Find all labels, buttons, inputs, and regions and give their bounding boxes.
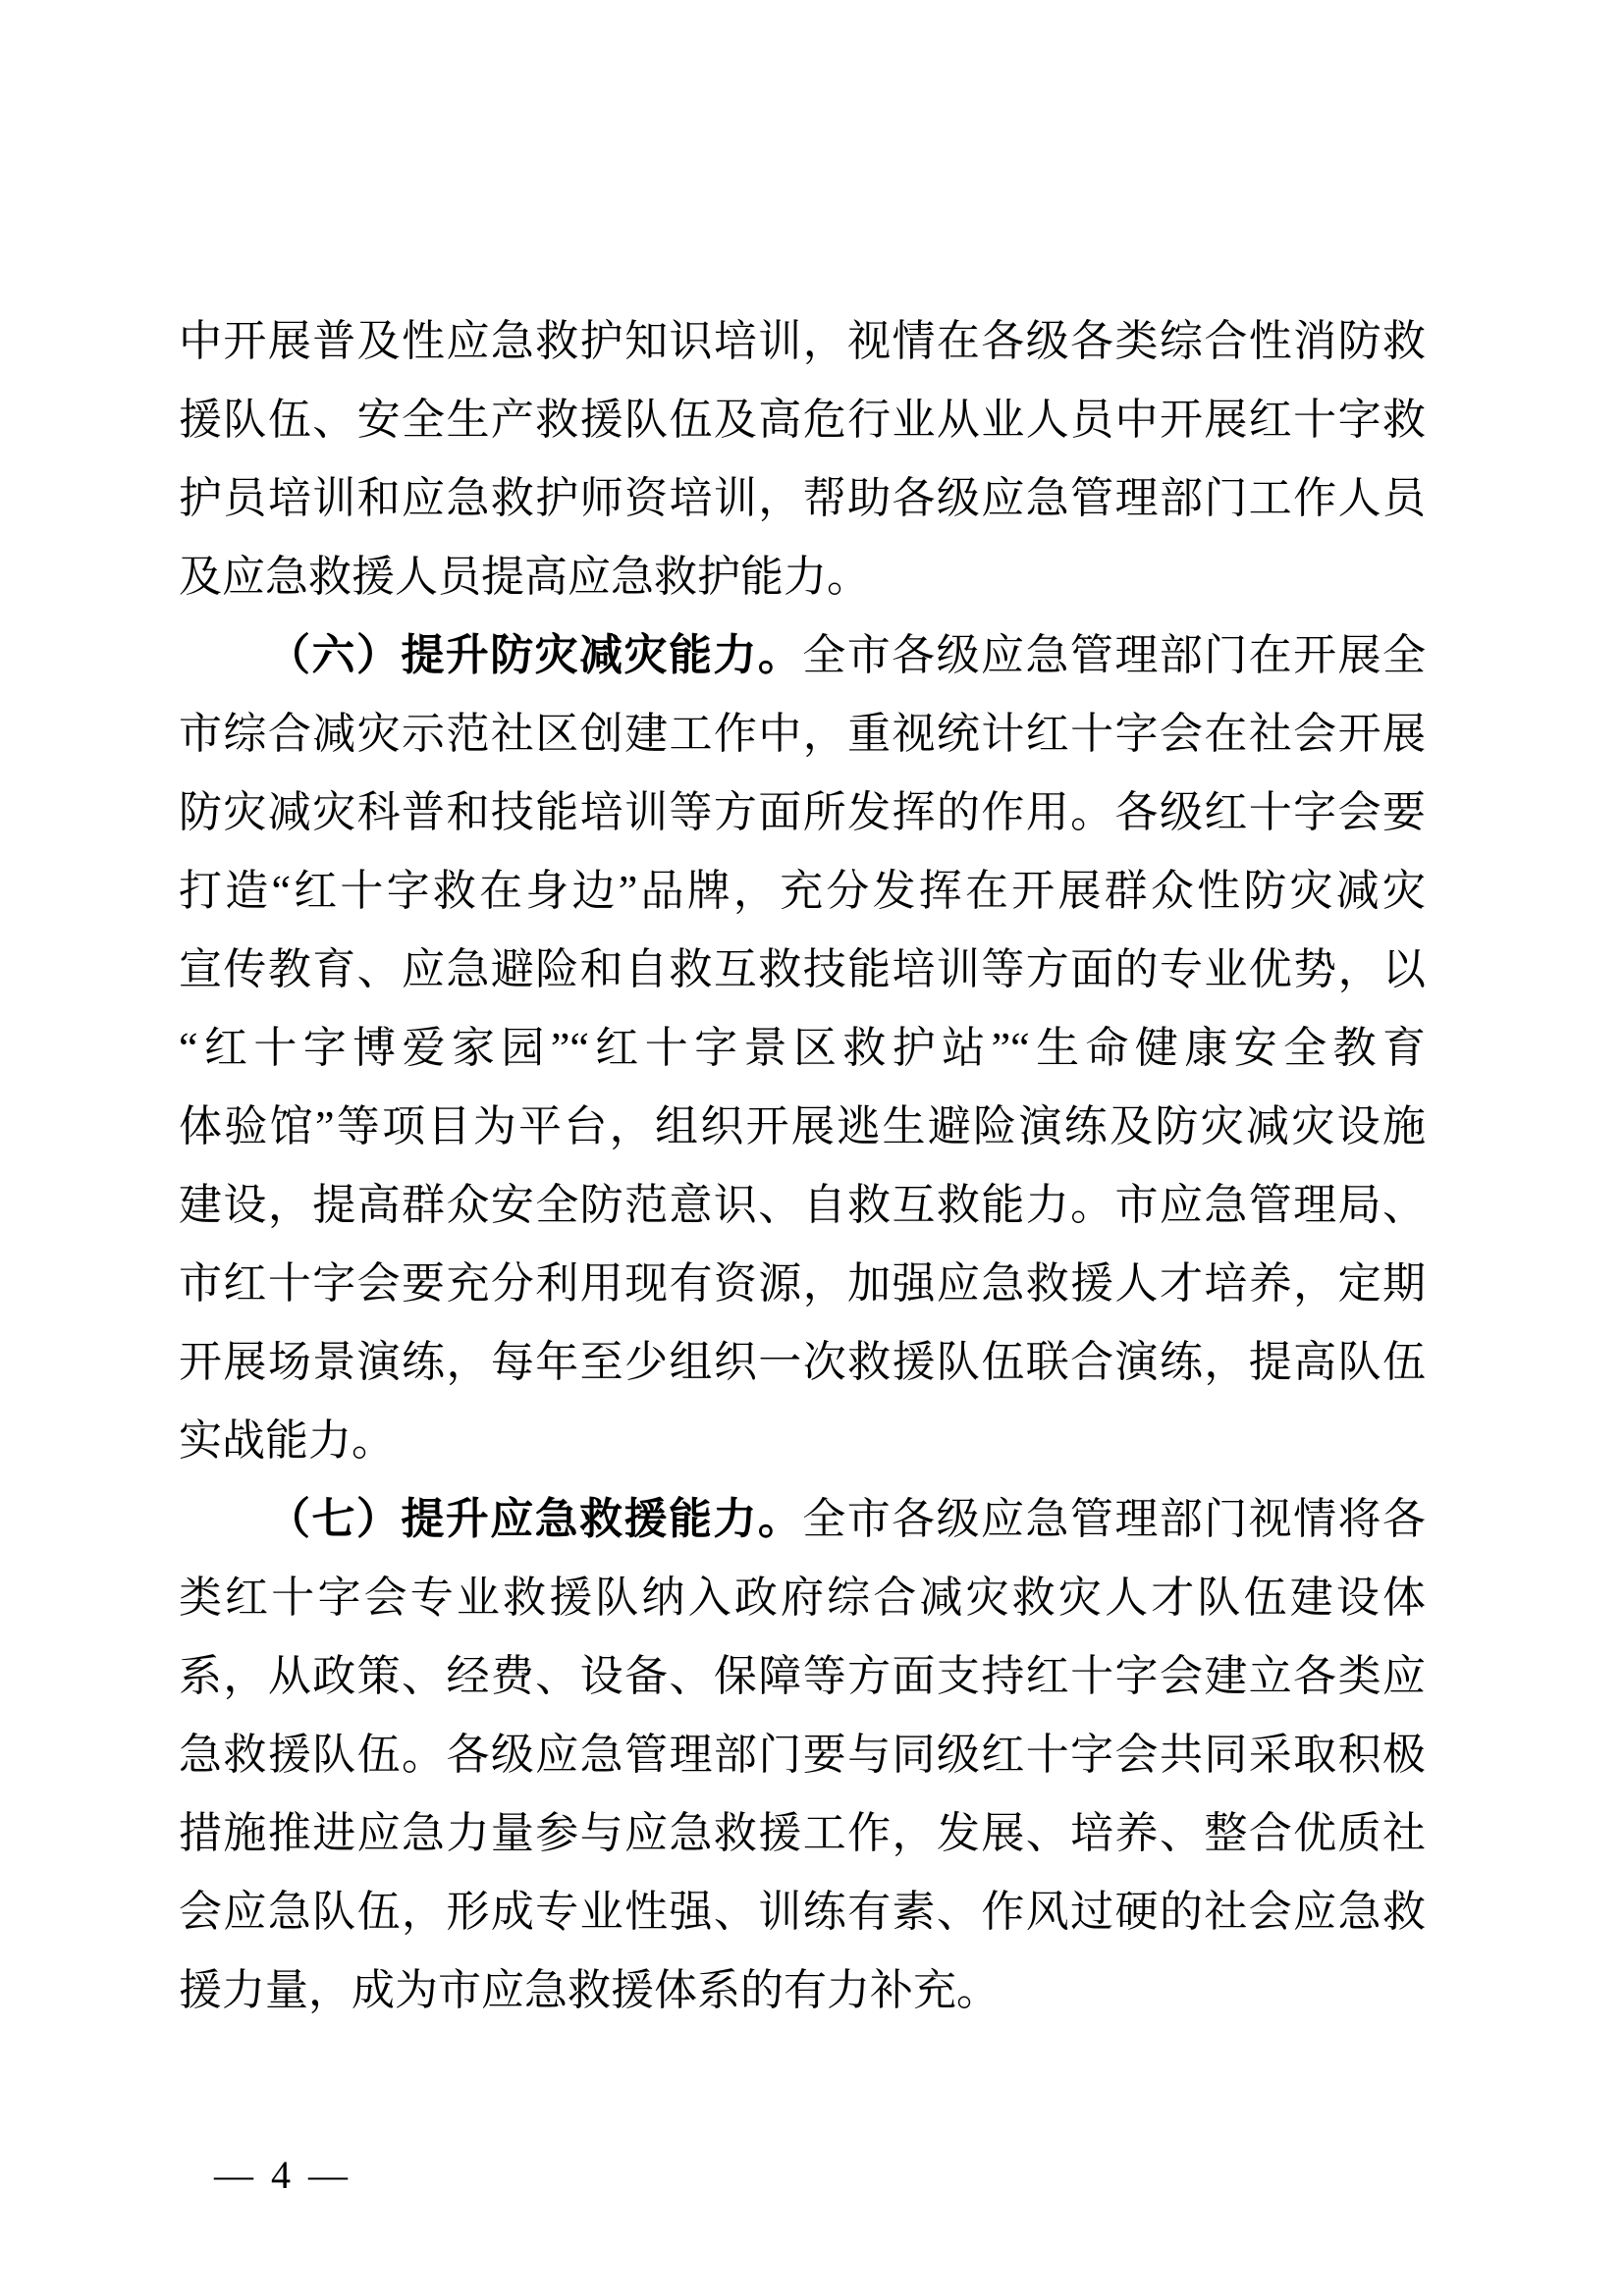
text-line: 类红十字会专业救援队纳入政府综合减灾救灾人才队伍建设体 xyxy=(179,1559,1426,1637)
text-line: 中开展普及性应急救护知识培训，视情在各级各类综合性消防救 xyxy=(179,302,1426,381)
text-line: 护员培训和应急救护师资培训，帮助各级应急管理部门工作人员 xyxy=(179,459,1426,538)
text-line: 建设，提高群众安全防范意识、自救互救能力。市应急管理局、 xyxy=(179,1166,1426,1245)
text-line: 及应急救援人员提高应急救护能力。 xyxy=(179,538,1426,616)
text-line: （六）提升防灾减灾能力。全市各级应急管理部门在开展全 xyxy=(179,616,1426,695)
text-line: “红十字博爱家园”“红十字景区救护站”“生命健康安全教育 xyxy=(179,1009,1426,1088)
text-line: 援队伍、安全生产救援队伍及高危行业从业人员中开展红十字救 xyxy=(179,381,1426,459)
text-line: 援力量，成为市应急救援体系的有力补充。 xyxy=(179,1951,1426,2030)
text-line: （七）提升应急救援能力。全市各级应急管理部门视情将各 xyxy=(179,1480,1426,1559)
text-line: 开展场景演练，每年至少组织一次救援队伍联合演练，提高队伍 xyxy=(179,1323,1426,1402)
section-heading: （七）提升应急救援能力。 xyxy=(267,1495,802,1543)
heading-line-text: 全市各级应急管理部门视情将各 xyxy=(802,1495,1426,1543)
text-line: 急救援队伍。各级应急管理部门要与同级红十字会共同采取积极 xyxy=(179,1716,1426,1794)
section-heading: （六）提升防灾减灾能力。 xyxy=(267,631,802,679)
document-body: 中开展普及性应急救护知识培训，视情在各级各类综合性消防救 援队伍、安全生产救援队… xyxy=(179,302,1426,2030)
text-line: 市综合减灾示范社区创建工作中，重视统计红十字会在社会开展 xyxy=(179,695,1426,774)
text-line: 实战能力。 xyxy=(179,1402,1426,1480)
text-line: 防灾减灾科普和技能培训等方面所发挥的作用。各级红十字会要 xyxy=(179,774,1426,852)
text-line: 市红十字会要充分利用现有资源，加强应急救援人才培养，定期 xyxy=(179,1245,1426,1323)
text-line: 宣传教育、应急避险和自救互救技能培训等方面的专业优势，以 xyxy=(179,931,1426,1009)
heading-line-text: 全市各级应急管理部门在开展全 xyxy=(802,631,1426,679)
text-line: 会应急队伍，形成专业性强、训练有素、作风过硬的社会应急救 xyxy=(179,1873,1426,1951)
text-line: 打造“红十字救在身边”品牌，充分发挥在开展群众性防灾减灾 xyxy=(179,852,1426,931)
text-line: 体验馆”等项目为平台，组织开展逃生避险演练及防灾减灾设施 xyxy=(179,1088,1426,1166)
document-page: 中开展普及性应急救护知识培训，视情在各级各类综合性消防救 援队伍、安全生产救援队… xyxy=(0,0,1624,2296)
paragraph-continuation: 中开展普及性应急救护知识培训，视情在各级各类综合性消防救 援队伍、安全生产救援队… xyxy=(179,302,1426,616)
text-line: 系，从政策、经费、设备、保障等方面支持红十字会建立各类应 xyxy=(179,1637,1426,1716)
page-number: — 4 — xyxy=(214,2152,352,2198)
paragraph-section-6: （六）提升防灾减灾能力。全市各级应急管理部门在开展全 市综合减灾示范社区创建工作… xyxy=(179,616,1426,1480)
paragraph-section-7: （七）提升应急救援能力。全市各级应急管理部门视情将各 类红十字会专业救援队纳入政… xyxy=(179,1480,1426,2030)
text-line: 措施推进应急力量参与应急救援工作，发展、培养、整合优质社 xyxy=(179,1794,1426,1873)
